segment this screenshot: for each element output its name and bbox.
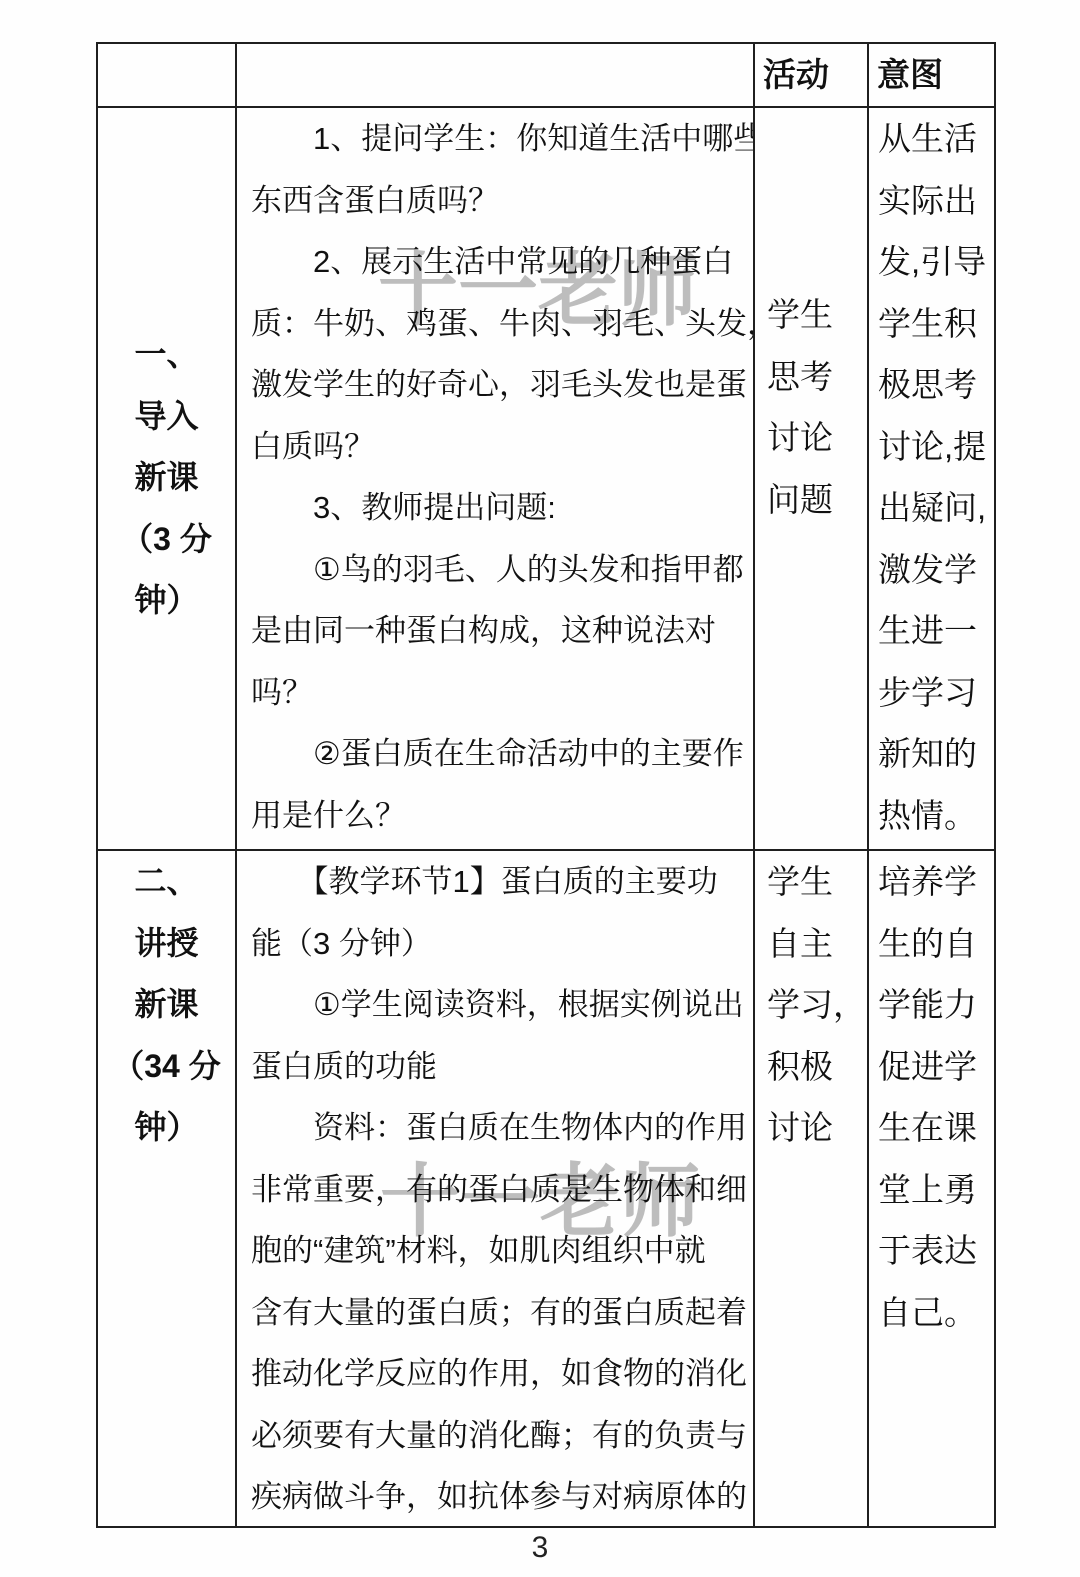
text-line: 资料：蛋白质在生物体内的作用: [251, 1097, 747, 1159]
text-line: 推动化学反应的作用，如食物的消化: [251, 1343, 747, 1405]
text-line: 培养学: [878, 851, 994, 913]
text-line: 出疑问,: [878, 477, 994, 539]
text-line: 讨论: [767, 1097, 867, 1159]
text-line: （3 分: [98, 509, 235, 571]
text-line: 东西含蛋白质吗？: [251, 170, 747, 232]
text-line: 讲授: [98, 913, 235, 975]
text-line: 自主: [767, 913, 867, 975]
lesson-plan-table: 活动 意图 一、导入新课（3 分钟） 1、提问学生：你知道生活中哪些东西含蛋白质…: [96, 42, 996, 1528]
header-cell-intent: 意图: [869, 44, 994, 108]
text-line: 学生积: [878, 293, 994, 355]
text-line: 问题: [767, 469, 867, 531]
text-line: 蛋白质的功能: [251, 1036, 747, 1098]
cell-intent-row1: 从生活实际出发,引导学生积极思考讨论,提出疑问,激发学生进一步学习新知的热情。: [869, 108, 994, 851]
text-line: 含有大量的蛋白质；有的蛋白质起着: [251, 1282, 747, 1344]
cell-content-row1: 1、提问学生：你知道生活中哪些东西含蛋白质吗？ 2、展示生活中常见的几种蛋白质：…: [237, 108, 755, 851]
text-line: 新课: [98, 447, 235, 509]
text-line: 胞的“建筑”材料，如肌肉组织中就: [251, 1220, 747, 1282]
text-line: 堂上勇: [878, 1159, 994, 1221]
text-line: 发,引导: [878, 231, 994, 293]
text-line: 一、: [98, 324, 235, 386]
text-line: 二、: [98, 851, 235, 913]
text-line: 热情。: [878, 785, 994, 847]
text-line: 学能力: [878, 974, 994, 1036]
text-line: 学生: [767, 284, 867, 346]
text-line: 学习，: [767, 974, 867, 1036]
text-line: 白质吗？: [251, 416, 747, 478]
text-line: 生进一: [878, 600, 994, 662]
text-line: 从生活: [878, 108, 994, 170]
text-line: 步学习: [878, 662, 994, 724]
cell-intent-row2: 培养学生的自学能力促进学生在课堂上勇于表达自己。: [869, 851, 994, 1526]
text-line: ①学生阅读资料，根据实例说出: [251, 974, 747, 1036]
text-line: 用是什么？: [251, 785, 747, 847]
text-line: 思考: [767, 346, 867, 408]
text-line: 疾病做斗争，如抗体参与对病原体的: [251, 1466, 747, 1526]
text-line: 于表达: [878, 1220, 994, 1282]
text-line: 吗？: [251, 662, 747, 724]
text-line: 学生: [767, 851, 867, 913]
header-cell-content: [237, 44, 755, 108]
text-line: 【教学环节1】蛋白质的主要功: [251, 851, 747, 913]
cell-activity-row2: 学生自主学习，积极讨论: [755, 851, 869, 1526]
text-line: 导入: [98, 386, 235, 448]
cell-content-row2: 【教学环节1】蛋白质的主要功能（3 分钟） ①学生阅读资料，根据实例说出蛋白质的…: [237, 851, 755, 1526]
text-line: 讨论: [767, 407, 867, 469]
text-line: 3、教师提出问题:: [251, 477, 747, 539]
text-line: 钟）: [98, 1097, 235, 1159]
text-line: 必须要有大量的消化酶；有的负责与: [251, 1405, 747, 1467]
text-line: 促进学: [878, 1036, 994, 1098]
text-line: 实际出: [878, 170, 994, 232]
text-line: 讨论,提: [878, 416, 994, 478]
header-cell-stage: [98, 44, 237, 108]
cell-stage-row1: 一、导入新课（3 分钟）: [98, 108, 237, 851]
cell-stage-row2: 二、讲授新课（34 分钟）: [98, 851, 237, 1526]
text-line: 自己。: [878, 1282, 994, 1344]
text-line: 是由同一种蛋白构成，这种说法对: [251, 600, 747, 662]
text-line: 能（3 分钟）: [251, 913, 747, 975]
text-line: 新知的: [878, 723, 994, 785]
cell-activity-row1: 学生思考讨论问题: [755, 108, 869, 851]
text-line: 2、展示生活中常见的几种蛋白: [251, 231, 747, 293]
text-line: 极思考: [878, 354, 994, 416]
text-line: 激发学: [878, 539, 994, 601]
text-line: 生的自: [878, 913, 994, 975]
text-line: 非常重要，有的蛋白质是生物体和细: [251, 1159, 747, 1221]
text-line: 1、提问学生：你知道生活中哪些: [251, 108, 747, 170]
text-line: 生在课: [878, 1097, 994, 1159]
text-line: ②蛋白质在生命活动中的主要作: [251, 723, 747, 785]
text-line: 激发学生的好奇心，羽毛头发也是蛋: [251, 354, 747, 416]
header-cell-activity: 活动: [755, 44, 869, 108]
document-page: 十一老师 十一老师 活动 意图 一、导入新课（3 分钟） 1、提问学生：你知道生…: [0, 0, 1080, 1577]
text-line: 积极: [767, 1036, 867, 1098]
text-line: （34 分: [98, 1036, 235, 1098]
text-line: 钟）: [98, 570, 235, 632]
text-line: ①鸟的羽毛、人的头发和指甲都: [251, 539, 747, 601]
text-line: 新课: [98, 974, 235, 1036]
text-line: 质：牛奶、鸡蛋、牛肉、羽毛、头发，: [251, 293, 747, 355]
page-number: 3: [0, 1530, 1080, 1566]
